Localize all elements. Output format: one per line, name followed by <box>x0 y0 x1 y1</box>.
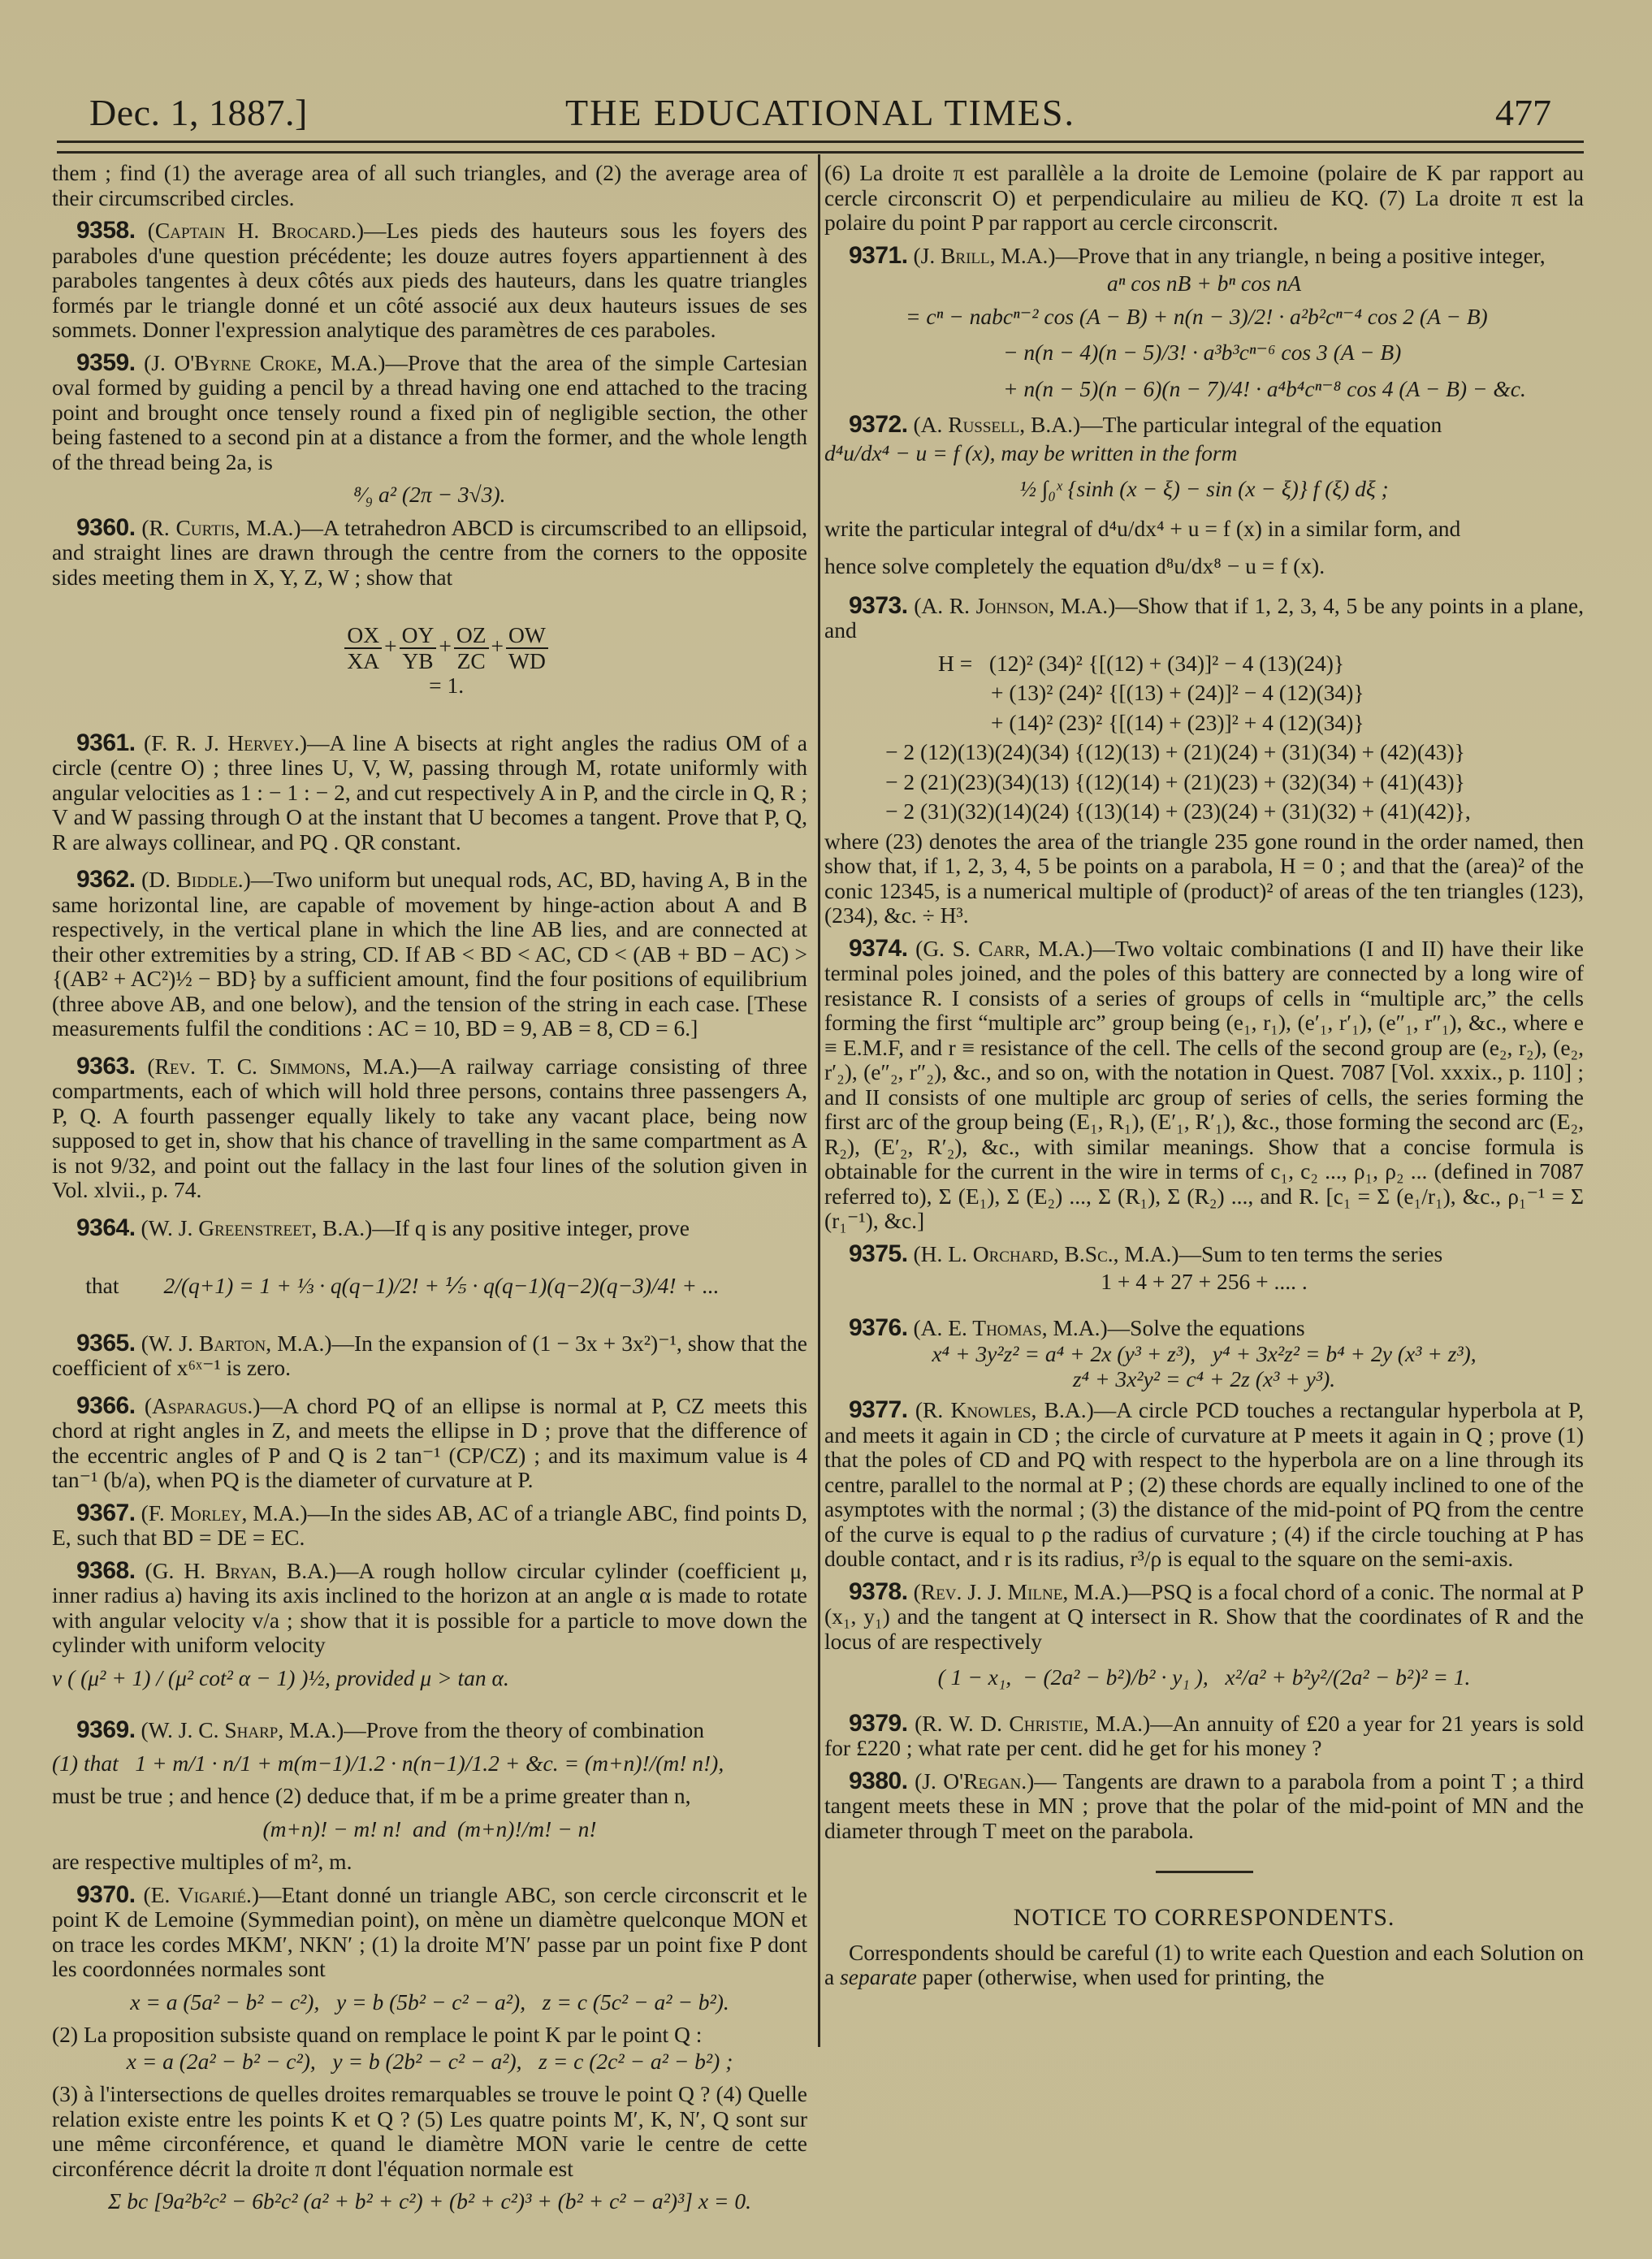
header-rule-bottom <box>57 151 1584 154</box>
question-text: —Two uniform but unequal rods, AC, BD, h… <box>52 867 807 1041</box>
question-9364: 9364. (W. J. Greenstreet, B.A.)—If q is … <box>52 1216 807 1241</box>
equation-line: − 2 (31)(32)(14)(24) {(13)(14) + (23)(24… <box>824 799 1584 824</box>
question-author: (E. Vigarié.) <box>144 1882 260 1907</box>
question-9368: 9368. (G. H. Bryan, B.A.)—A rough hollow… <box>52 1559 807 1658</box>
question-9375: 9375. (H. L. Orchard, B.Sc., M.A.)—Sum t… <box>824 1242 1584 1267</box>
question-text: (2) La proposition subsiste quand on rem… <box>52 2023 807 2048</box>
question-text: are respective multiples of m², m. <box>52 1850 807 1875</box>
question-number: 9359. <box>76 349 136 376</box>
question-9363: 9363. (Rev. T. C. Simmons, M.A.)—A railw… <box>52 1054 807 1203</box>
question-number: 9365. <box>76 1330 136 1357</box>
equation: ( 1 − x₁, − (2a² − b²)/b² · y₁ ), x²/a² … <box>824 1665 1584 1690</box>
question-number: 9371. <box>849 242 908 269</box>
question-number: 9379. <box>849 1710 908 1737</box>
equation-line: = cⁿ − nabcⁿ⁻² cos (A − B) + n(n − 3)/2!… <box>824 305 1584 330</box>
question-9370: 9370. (E. Vigarié.)—Etant donné un trian… <box>52 1883 807 1982</box>
equation: (m+n)! − m! n! and (m+n)!/m! − n! <box>52 1817 807 1842</box>
question-number: 9378. <box>849 1578 908 1605</box>
question-number: 9377. <box>849 1396 908 1423</box>
question-author: (R. Knowles, B.A.) <box>915 1397 1094 1422</box>
question-9378: 9378. (Rev. J. J. Milne, M.A.)—PSQ is a … <box>824 1580 1584 1655</box>
column-divider <box>818 154 820 2047</box>
question-author: (F. Morley, M.A.) <box>141 1500 308 1525</box>
question-9371: 9371. (J. Brill, M.A.)—Prove that in any… <box>824 244 1584 269</box>
question-number: 9376. <box>849 1314 908 1341</box>
section-divider <box>1156 1871 1253 1873</box>
notice-heading: NOTICE TO CORRESPONDENTS. <box>824 1906 1584 1931</box>
question-author: (A. E. Thomas, M.A.) <box>913 1315 1107 1340</box>
equation-line: − n(n − 4)(n − 5)/3! · a³b³cⁿ⁻⁶ cos 3 (A… <box>824 340 1584 366</box>
question-author: (G. S. Carr, M.A.) <box>915 936 1092 961</box>
question-number: 9374. <box>849 935 908 962</box>
equation-line: + n(n − 5)(n − 6)(n − 7)/4! · a⁴b⁴cⁿ⁻⁸ c… <box>824 377 1584 402</box>
right-column: (6) La droite π est parallèle a la droit… <box>824 154 1584 1998</box>
question-9361: 9361. (F. R. J. Hervey.)—A line A bisect… <box>52 731 807 855</box>
question-author: (Captain H. Brocard.) <box>148 218 364 243</box>
question-number: 9370. <box>76 1881 136 1908</box>
question-text: d⁴u/dx⁴ − u = f (x), may be written in t… <box>824 441 1584 466</box>
question-author: (R. W. D. Christie, M.A.) <box>915 1711 1150 1736</box>
equation-line: + (14)² (23)² {[(14) + (23)]² + 4 (12)(3… <box>824 711 1584 736</box>
question-text: —Prove from the theory of combination <box>344 1717 704 1742</box>
question-number: 9380. <box>849 1768 908 1794</box>
question-number: 9364. <box>76 1214 136 1241</box>
page-header: Dec. 1, 1887.] THE EDUCATIONAL TIMES. 47… <box>57 91 1584 148</box>
equation: 1 + 4 + 27 + 256 + .... . <box>824 1270 1584 1295</box>
question-9377: 9377. (R. Knowles, B.A.)—A circle PCD to… <box>824 1398 1584 1572</box>
page-number: 477 <box>1495 91 1551 134</box>
question-number: 9362. <box>76 866 136 893</box>
question-text: must be true ; and hence (2) deduce that… <box>52 1784 807 1809</box>
continuation-text: them ; find (1) the average area of all … <box>52 161 807 210</box>
question-number: 9375. <box>849 1240 908 1267</box>
question-9362: 9362. (D. Biddle.)—Two uniform but unequ… <box>52 868 807 1041</box>
question-number: 9360. <box>76 514 136 541</box>
equation-line: − 2 (12)(13)(24)(34) {(12)(13) + (21)(24… <box>824 740 1584 765</box>
question-number: 9372. <box>849 411 908 438</box>
equation: x = a (5a² − b² − c²), y = b (5b² − c² −… <box>52 1990 807 2015</box>
question-9369: 9369. (W. J. C. Sharp, M.A.)—Prove from … <box>52 1718 807 1743</box>
equation: (1) that 1 + m/1 · n/1 + m(m−1)/1.2 · n(… <box>52 1751 807 1776</box>
question-9372: 9372. (A. Russell, B.A.)—The particular … <box>824 413 1584 438</box>
question-9358: 9358. (Captain H. Brocard.)—Les pieds de… <box>52 219 807 343</box>
question-9379: 9379. (R. W. D. Christie, M.A.)—An annui… <box>824 1712 1584 1761</box>
question-author: (H. L. Orchard, B.Sc., M.A.) <box>913 1241 1178 1266</box>
question-9376: 9376. (A. E. Thomas, M.A.)—Solve the equ… <box>824 1316 1584 1341</box>
question-number: 9363. <box>76 1053 136 1080</box>
question-author: (R. Curtis, M.A.) <box>141 515 301 540</box>
notice-text: Correspondents should be careful (1) to … <box>824 1941 1584 1990</box>
question-number: 9358. <box>76 217 136 244</box>
equation: x⁴ + 3y²z² = a⁴ + 2x (y³ + z³), y⁴ + 3x²… <box>824 1342 1584 1367</box>
question-author: (Asparagus.) <box>145 1393 261 1418</box>
question-author: (J. Brill, M.A.) <box>913 243 1055 268</box>
question-author: (A. Russell, B.A.) <box>913 412 1080 437</box>
question-author: (G. H. Bryan, B.A.) <box>145 1558 336 1583</box>
question-author: (A. R. Johnson, M.A.) <box>914 593 1115 618</box>
fraction: OXXA <box>344 623 382 673</box>
question-number: 9367. <box>76 1500 136 1526</box>
question-9367: 9367. (F. Morley, M.A.)—In the sides AB,… <box>52 1501 807 1551</box>
equation: Σ bc [9a²b²c² − 6b²c² (a² + b² + c²) + (… <box>52 2189 807 2214</box>
question-number: 9369. <box>76 1716 136 1743</box>
question-author: (D. Biddle.) <box>141 867 251 892</box>
question-text: —Solve the equations <box>1108 1315 1305 1340</box>
newspaper-page: Dec. 1, 1887.] THE EDUCATIONAL TIMES. 47… <box>0 0 1652 2259</box>
question-text: write the particular integral of d⁴u/dx⁴… <box>824 517 1584 542</box>
question-author: (W. J. C. Sharp, M.A.) <box>141 1717 344 1742</box>
equation-lhs: aⁿ cos nB + bⁿ cos nA <box>824 271 1584 296</box>
equation: z⁴ + 3x²y² = c⁴ + 2z (x³ + y³). <box>824 1367 1584 1392</box>
question-9374: 9374. (G. S. Carr, M.A.)—Two voltaic com… <box>824 937 1584 1234</box>
question-author: (W. J. Greenstreet, B.A.) <box>141 1215 372 1240</box>
question-9365: 9365. (W. J. Barton, M.A.)—In the expans… <box>52 1331 807 1381</box>
equation: v ( (μ² + 1) / (μ² cot² α − 1) )½, provi… <box>52 1666 807 1691</box>
equation: ⁸⁄₉ a² (2π − 3√3). <box>52 483 807 508</box>
equation-line: − 2 (21)(23)(34)(13) {(12)(14) + (21)(23… <box>824 770 1584 795</box>
equation: ½ ∫₀ˣ {sinh (x − ξ) − sin (x − ξ)} f (ξ)… <box>824 477 1584 502</box>
equation: OXXA+OYYB+OZZC+OWWD = 1. <box>52 598 807 723</box>
question-number: 9373. <box>849 592 908 619</box>
question-text: —Prove that in any triangle, n being a p… <box>1056 243 1546 268</box>
question-author: (J. O'Regan.) <box>915 1768 1034 1794</box>
equation-line: + (13)² (24)² {[(13) + (24)]² − 4 (12)(3… <box>824 681 1584 706</box>
question-text: hence solve completely the equation d⁸u/… <box>824 554 1584 579</box>
question-text: —Sum to ten terms the series <box>1179 1241 1443 1266</box>
equation: that 2/(q+1) = 1 + ⅓ · q(q−1)/2! + ⅕ · q… <box>52 1249 807 1323</box>
fraction: OWWD <box>506 623 548 673</box>
question-text: —Two voltaic combinations (I and II) hav… <box>824 936 1584 1234</box>
question-9360: 9360. (R. Curtis, M.A.)—A tetrahedron AB… <box>52 516 807 591</box>
question-text: where (23) denotes the area of the trian… <box>824 829 1584 928</box>
continuation-text: (6) La droite π est parallèle a la droit… <box>824 161 1584 236</box>
question-text: —The particular integral of the equation <box>1080 412 1442 437</box>
question-9359: 9359. (J. O'Byrne Croke, M.A.)—Prove tha… <box>52 351 807 475</box>
question-author: (Rev. T. C. Simmons, M.A.) <box>147 1054 417 1079</box>
left-column: them ; find (1) the average area of all … <box>52 154 807 2222</box>
question-text: —A circle PCD touches a rectangular hype… <box>824 1397 1584 1571</box>
fraction: OZZC <box>454 623 489 673</box>
question-number: 9368. <box>76 1557 136 1584</box>
question-text: (3) à l'intersections de quelles droites… <box>52 2082 807 2181</box>
equation: x = a (2a² − b² − c²), y = b (2b² − c² −… <box>52 2049 807 2075</box>
question-author: (J. O'Byrne Croke, M.A.) <box>144 350 385 375</box>
question-number: 9366. <box>76 1392 136 1419</box>
question-author: (F. R. J. Hervey.) <box>144 730 307 755</box>
question-9380: 9380. (J. O'Regan.)— Tangents are drawn … <box>824 1769 1584 1844</box>
question-9373: 9373. (A. R. Johnson, M.A.)—Show that if… <box>824 594 1584 643</box>
publication-title: THE EDUCATIONAL TIMES. <box>57 91 1584 134</box>
question-text: —If q is any positive integer, prove <box>372 1215 690 1240</box>
question-author: (W. J. Barton, M.A.) <box>141 1331 332 1356</box>
equation-line: H = (12)² (34)² {[(12) + (34)]² − 4 (13)… <box>824 651 1584 677</box>
question-number: 9361. <box>76 729 136 756</box>
question-9366: 9366. (Asparagus.)—A chord PQ of an elli… <box>52 1394 807 1493</box>
header-rule-top <box>57 141 1584 143</box>
question-author: (Rev. J. J. Milne, M.A.) <box>914 1579 1129 1604</box>
fraction: OYYB <box>400 623 437 673</box>
